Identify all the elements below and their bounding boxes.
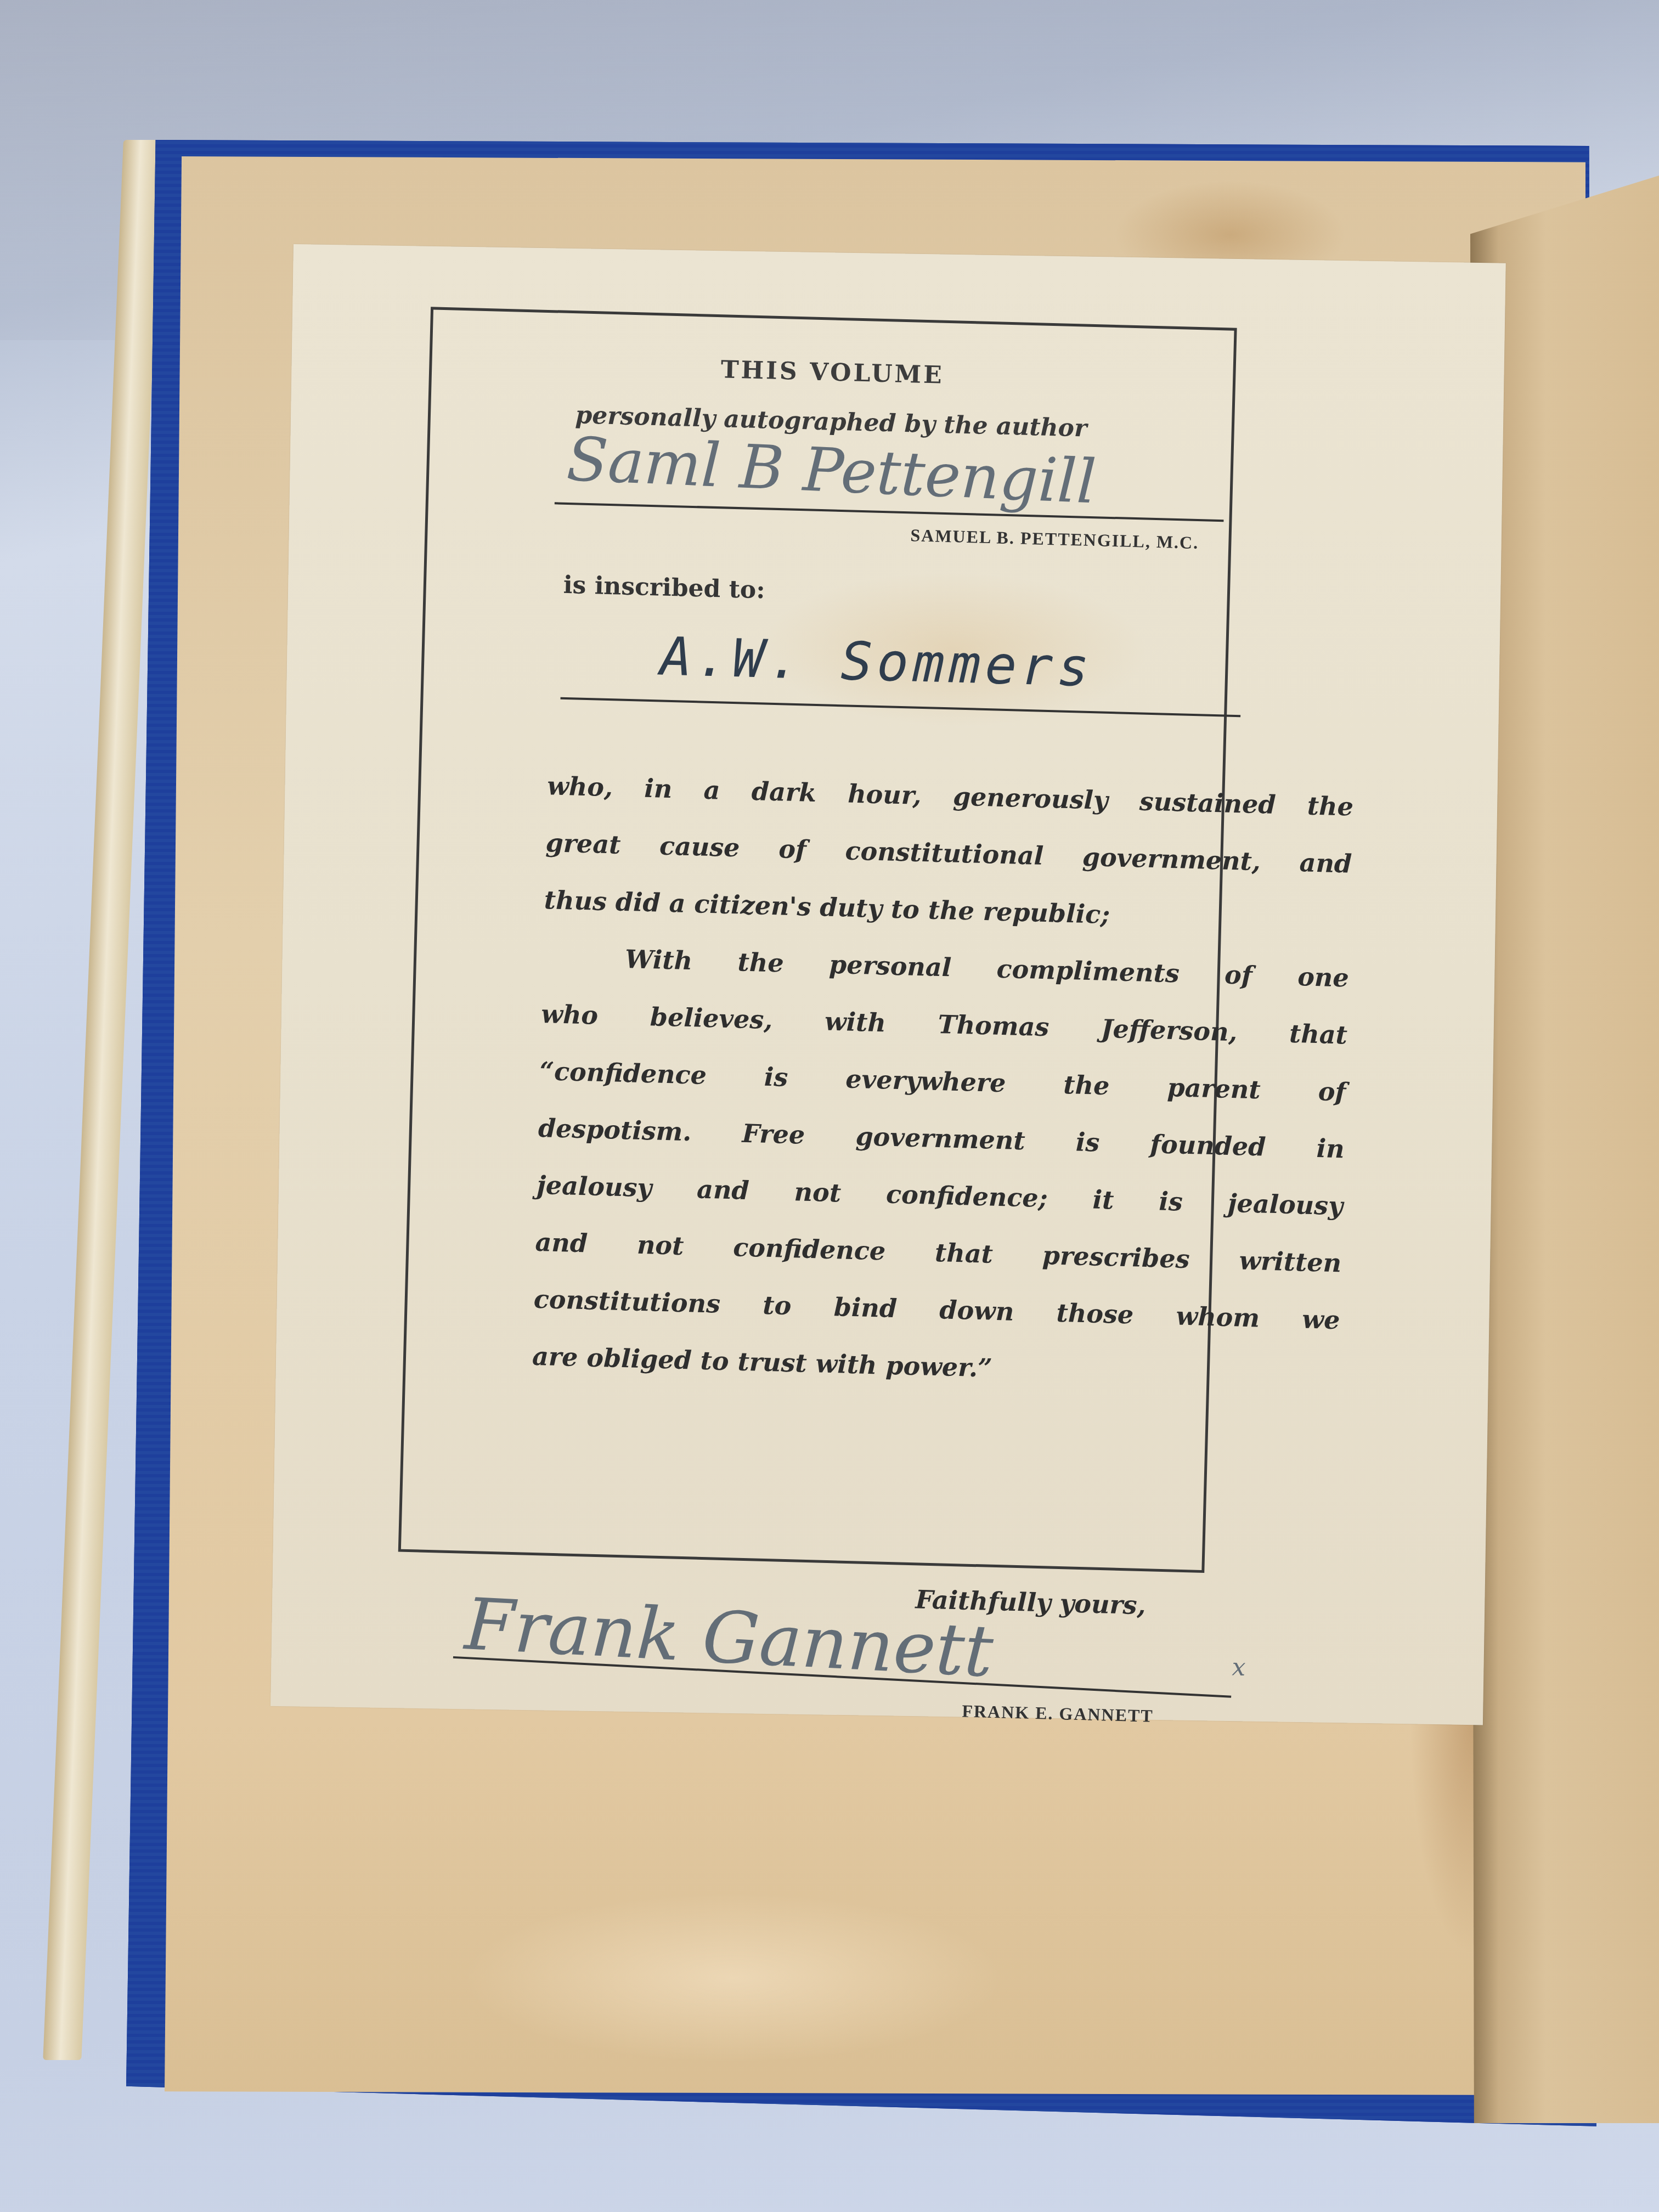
presentation-label: THIS VOLUME personally autographed by th… <box>270 244 1506 1725</box>
label-title: THIS VOLUME <box>432 348 1233 397</box>
recipient-name: A.W. Sommers <box>659 626 1094 699</box>
dedication-text: who, in a dark hour, generously sustaine… <box>532 757 1354 1406</box>
recipient-line <box>561 697 1241 717</box>
label-border-frame: THIS VOLUME personally autographed by th… <box>398 307 1237 1573</box>
inscribed-to-label: is inscribed to: <box>563 571 765 605</box>
author-printed-name: SAMUEL B. PETTENGILL, M.C. <box>910 525 1199 553</box>
closer-mark: x <box>1232 1653 1246 1681</box>
